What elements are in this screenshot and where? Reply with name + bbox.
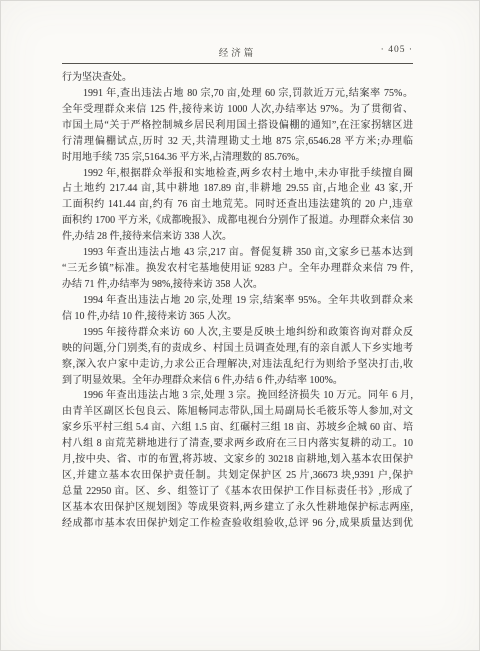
text-line: 信 10 件,办结 10 件,接待来访 365 人次。 xyxy=(62,309,413,325)
text-line: 全年受理群众来信 125 件,接待来访 1000 人次,办结率达 97%。为了贯… xyxy=(62,102,413,118)
text-line: 市国土局“关于严格控制城乡居民利用国土搭设偏棚的通知”,在汪家拐辖区进 xyxy=(62,118,413,134)
text-line: 月,按中央、省、市的布置,将苏坡、文家乡的 30218 亩耕地,划入基本农田保护 xyxy=(62,452,413,468)
text-line: 察,深入农户家中走访,力求公正合理解决,对违法乱纪行为则给予坚决打击,收 xyxy=(62,357,413,373)
text-line: 映的问题,分门别类,有的责成乡、村国土员调查处理,有的亲自派人下乡实地考 xyxy=(62,341,413,357)
text-line: 时用地手续 735 宗,5164.36 平方米,占清理数的 85.76%。 xyxy=(62,150,413,166)
text-line: 总量 22950 亩。区、乡、组签订了《基本农田保护工作目标责任书》,形成了《青… xyxy=(62,484,413,500)
text-line: 家乡乐平村三组 5.4 亩、六组 1.5 亩、红碾村三组 18 亩、苏坡乡企城 … xyxy=(62,420,413,436)
running-header: 经济篇 · 405 · xyxy=(62,45,413,61)
text-line: “三无乡镇”标准。换发农村宅基地使用证 9283 户。全年办理群众来信 79 件… xyxy=(62,261,413,277)
text-line: 1991 年,查出违法占地 80 宗,70 亩,处理 60 宗,罚款近万元,结案… xyxy=(62,86,413,102)
text-line: 区基本农田保护区规划图》等成果资料,两乡建立了永久性耕地保护标志两座, xyxy=(62,500,413,516)
text-line: 区,并建立基本农田保护责任制。共划定保护区 25 片,36673 块,9391 … xyxy=(62,468,413,484)
text-line: 经成都市基本农田保护划定工作检查验收组验收,总评 96 分,成果质量达到优 xyxy=(62,516,413,532)
page-number: · 405 · xyxy=(381,45,413,55)
running-title: 经济篇 xyxy=(62,45,413,59)
text-line: 村八组 8 亩荒芜耕地进行了清查,要求两乡政府在三日内落实复耕的动工。10 xyxy=(62,436,413,452)
text-line: 1993 年查出违法占地 43 宗,217 亩。督促复耕 350 亩,文家乡已基… xyxy=(62,245,413,261)
text-line: 办结 71 件,办结率为 98%,接待来访 358 人次。 xyxy=(62,277,413,293)
header-rule xyxy=(62,63,413,64)
text-line: 到了明显效果。全年办理群众来信 6 件,办结 6 件,办结率 100%。 xyxy=(62,373,413,389)
scanned-book-page: 经济篇 · 405 · 行为坚决查处。 1991 年,查出违法占地 80 宗,7… xyxy=(0,0,480,651)
text-line: 占土地约 217.44 亩,其中耕地 187.89 亩,非耕地 29.55 亩,… xyxy=(62,181,413,197)
text-line: 1994 年查出违法占地 20 宗,处理 19 宗,结案率 95%。全年共收到群… xyxy=(62,293,413,309)
text-line: 件,办结 28 件,接待来信来访 338 人次。 xyxy=(62,229,413,245)
text-line: 1995 年接待群众来访 60 人次,主要是反映土地纠纷和政策咨询对群众反 xyxy=(62,325,413,341)
text-line: 面积约 1700 平方米,《成都晚报》、成都电视台分别作了报道。办理群众来信 3… xyxy=(62,213,413,229)
page-body: 行为坚决查处。 1991 年,查出违法占地 80 宗,70 亩,处理 60 宗,… xyxy=(62,70,413,532)
text-line: 由青羊区副区长包良云、陈旭畅同志带队,国土局副局长毛筱乐等人参加,对文 xyxy=(62,404,413,420)
text-line: 行为坚决查处。 xyxy=(62,70,413,86)
text-line: 1992 年,根据群众举报和实地检查,两乡农村土地中,未办审批手续擅自圈 xyxy=(62,166,413,182)
text-line: 工面积约 141.44 亩,约有 76 亩土地荒芜。同时还查出违法建筑的 20 … xyxy=(62,197,413,213)
text-line: 行清理偏棚试点,历时 32 天,共清理勘丈土地 875 宗,6546.28 平方… xyxy=(62,134,413,150)
text-line: 1996 年查出违法占地 3 宗,处理 3 宗。挽回经济损失 10 万元。同年 … xyxy=(62,388,413,404)
